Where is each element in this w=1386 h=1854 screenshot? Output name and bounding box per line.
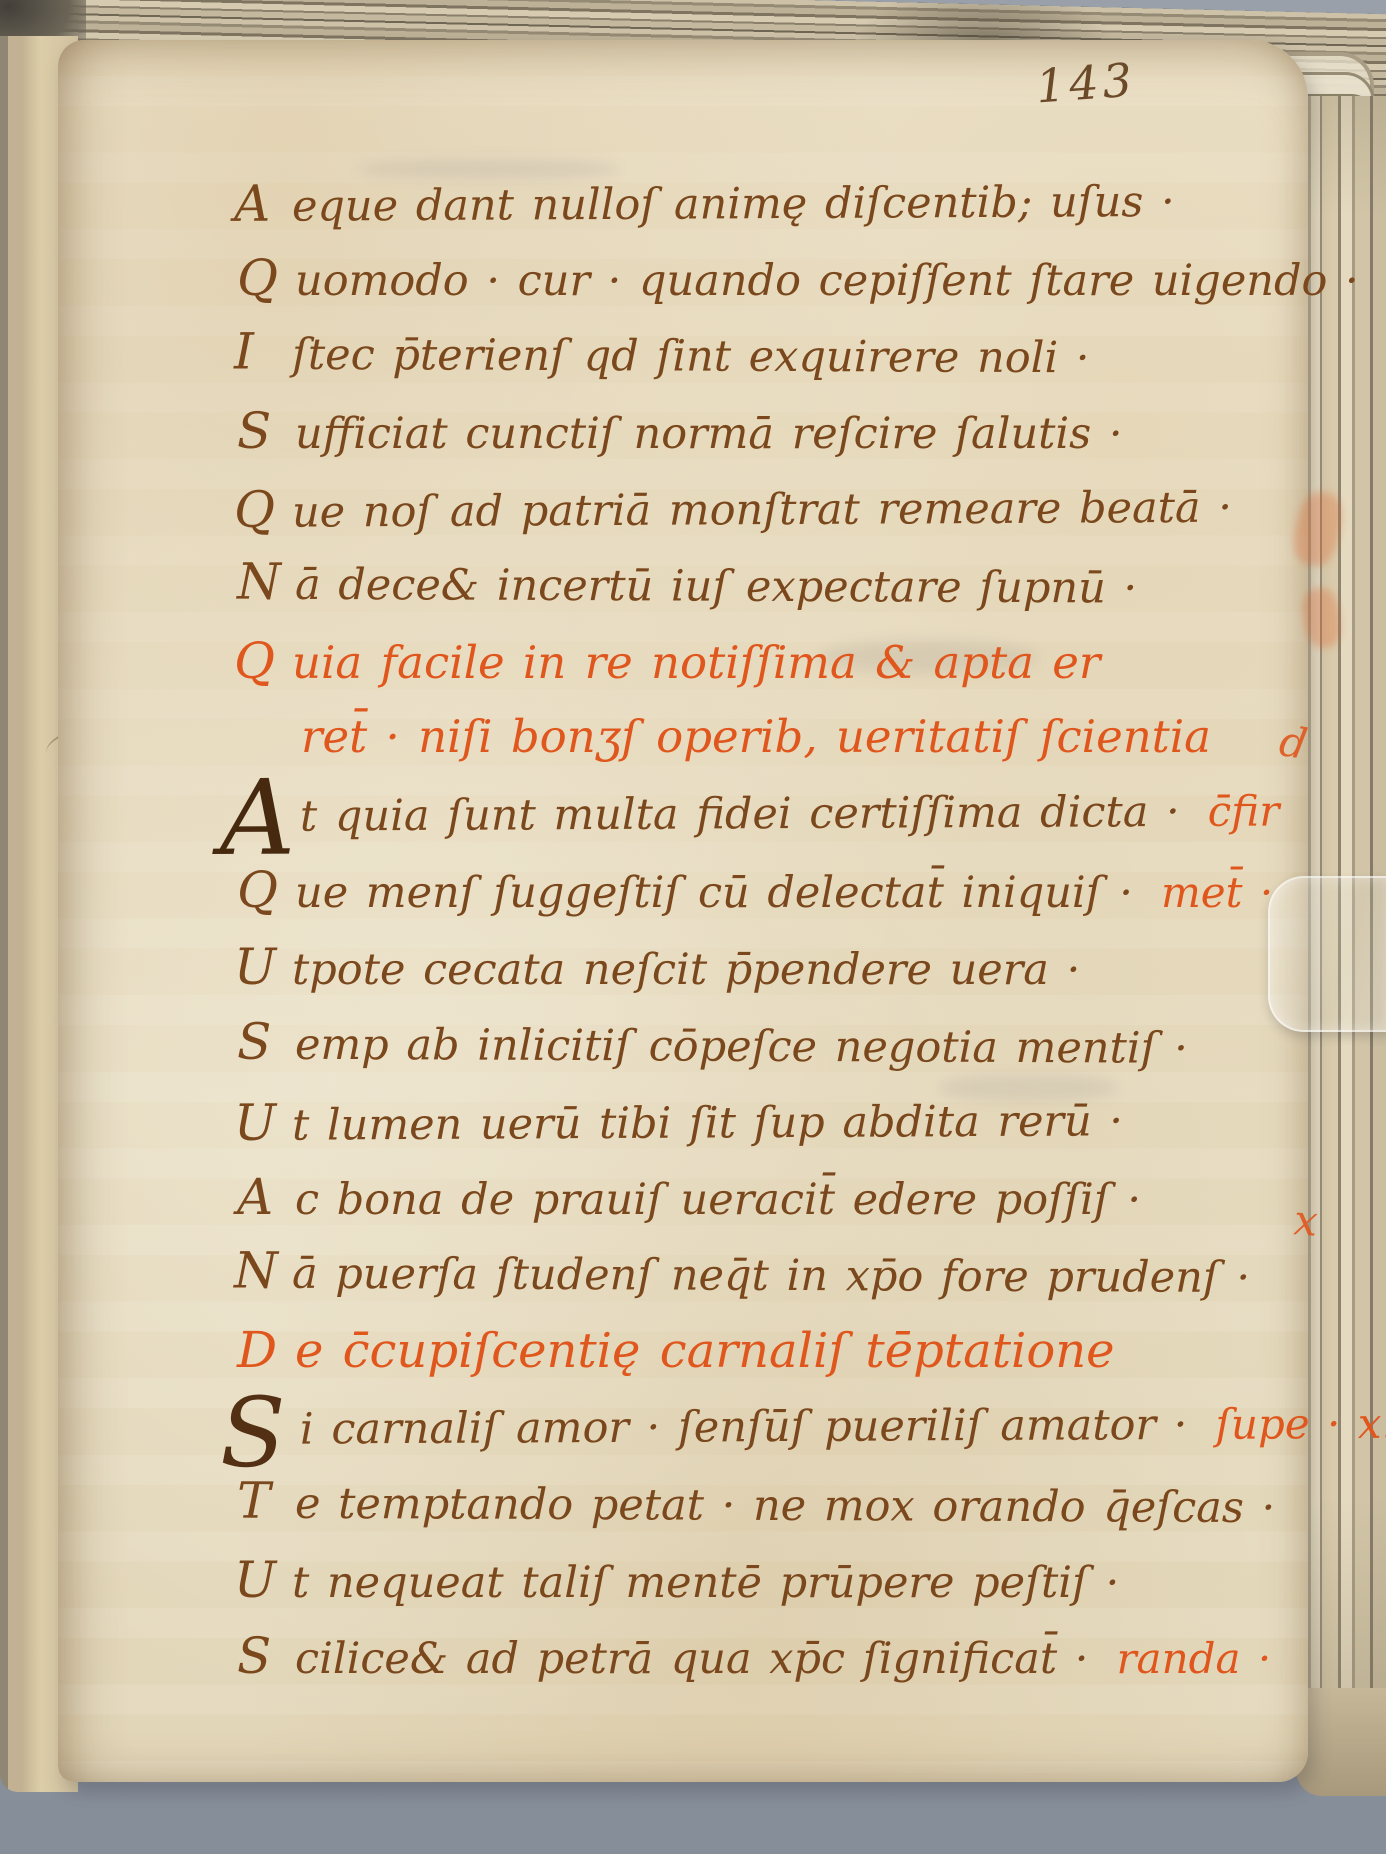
text-block: Aeque dant nulloſ animę diſcentib; uſus …	[234, 168, 1354, 1700]
verse-line: Ac bona de prauiſ ueracit̄ edere poſſiſ …	[237, 1164, 1354, 1241]
verse-initial: D	[237, 1317, 295, 1383]
verse-line: Aeque dant nulloſ animę diſcentib; uſus …	[234, 165, 1354, 247]
verse-text: uia facile in re notiſſima & apta er	[292, 636, 1100, 689]
verse-line: Nā dece& incertū iuſ expectare ſupnū ·	[237, 549, 1354, 630]
verse-text: ā puerſa ſtudenſ neq̄t in xp̄o fore prud…	[292, 1249, 1250, 1303]
verse-initial: U	[234, 934, 292, 1000]
verse-initial: I	[234, 319, 292, 385]
verse-text: ſtec p̄terienſ qd ſint exquirere noli ·	[292, 330, 1090, 383]
verse-initial: S	[237, 1623, 295, 1689]
verse-initial: N	[237, 549, 295, 615]
verse-initial: Q	[234, 477, 292, 543]
verse-text: cilice& ad petrā qua xp̄c ſignificat̄ ·	[295, 1634, 1088, 1684]
verse-initial: Q	[234, 628, 292, 694]
verse-line: Scilice& ad petrā qua xp̄c ſignificat̄ ·…	[237, 1623, 1354, 1700]
photo-background: 143 Aeque dant nulloſ animę diſcentib; u…	[0, 0, 1386, 1854]
verse-text: t quia ſunt multa fidei certiſſima dicta…	[300, 787, 1180, 842]
margin-note: c̄fir	[1208, 786, 1280, 835]
verse-initial: U	[234, 1090, 292, 1156]
verse-text: tpote cecata neſcit p̄pendere uera ·	[292, 945, 1080, 995]
verse-initial: S	[237, 398, 295, 464]
verse-text: t nequeat taliſ mentē prūpere peſtiſ ·	[292, 1558, 1119, 1608]
verse-text: ufficiat cunctiſ normā reſcire ſalutis ·	[295, 409, 1123, 459]
verse-line: ret̄ · niſi bonʒſ operib, ueritatiſ ſcie…	[237, 704, 1354, 781]
verse-initial: T	[237, 1468, 295, 1534]
verse-text: emp ab inlicitiſ cōpeſce negotia mentiſ …	[295, 1019, 1188, 1073]
verse-line: Que noſ ad patriā monſtrat remeare beatā…	[234, 471, 1354, 553]
verse-text: e temptando petat · ne mox orando q̄eſca…	[295, 1479, 1275, 1533]
verse-line: Iſtec p̄terienſ qd ſint exquirere noli ·	[234, 319, 1354, 400]
verse-initial: S	[220, 1384, 286, 1480]
verse-line: Ut nequeat taliſ mentē prūpere peſtiſ ·	[234, 1547, 1354, 1624]
verse-initial: N	[234, 1238, 292, 1304]
verse-line: Que menſ ſuggeſtiſ cū delectat̄ iniquiſ …	[237, 857, 1354, 934]
manuscript-page: 143 Aeque dant nulloſ animę diſcentib; u…	[58, 40, 1308, 1782]
verse-text: ā dece& incertū iuſ expectare ſupnū ·	[295, 560, 1137, 614]
verse-text: ret̄ · niſi bonʒſ operib, ueritatiſ ſcie…	[301, 710, 1211, 763]
verse-text: e c̄cupiſcentię carnaliſ tēptatione	[295, 1323, 1115, 1379]
folio-number: 143	[1034, 53, 1137, 114]
verse-initial: S	[237, 1008, 295, 1074]
verse-text: ue noſ ad patriā monſtrat remeare beatā …	[292, 483, 1232, 538]
tail-edge-pages	[1296, 1688, 1386, 1796]
verse-line: Quomodo · cur · quando cepiſſent ſtare u…	[237, 245, 1354, 322]
margin-note: met̄ ·	[1161, 868, 1273, 917]
verse-text: uomodo · cur · quando cepiſſent ſtare ui…	[295, 256, 1359, 306]
verse-initial: A	[237, 1164, 295, 1230]
verse-line: At quia ſunt multa fidei certiſſima dict…	[234, 778, 1354, 860]
verse-text: i carnaliſ amor · ſenſūſ pueriliſ amator…	[300, 1399, 1188, 1454]
verse-line: Si carnaliſ amor · ſenſūſ pueriliſ amato…	[234, 1391, 1354, 1473]
verse-initial: A	[220, 765, 296, 869]
verse-initial: A	[234, 171, 292, 237]
verse-text: eque dant nulloſ animę diſcentib; uſus ·	[292, 177, 1175, 232]
translucent-bookmark-tab	[1268, 876, 1386, 1032]
verse-text: t lumen uerū tibi ſit ſup abdita rerū ·	[292, 1096, 1123, 1150]
verse-initial: Q	[237, 857, 295, 923]
verse-initial: Q	[237, 245, 295, 311]
verse-line: Sufficiat cunctiſ normā reſcire ſalutis …	[237, 398, 1354, 475]
verse-line: Ut lumen uerū tibi ſit ſup abdita rerū ·	[234, 1084, 1354, 1166]
verse-line: Quia facile in re notiſſima & apta er	[234, 628, 1354, 705]
verse-line: Nā puerſa ſtudenſ neq̄t in xp̄o fore pru…	[234, 1238, 1354, 1319]
verse-line: Utpote cecata neſcit p̄pendere uera ·	[234, 934, 1354, 1011]
verse-text: c bona de prauiſ ueracit̄ edere poſſiſ ·	[295, 1175, 1141, 1225]
margin-note: ſupe · x.	[1215, 1398, 1386, 1448]
verse-line: Te temptando petat · ne mox orando q̄eſc…	[237, 1468, 1354, 1549]
verse-text: ue menſ ſuggeſtiſ cū delectat̄ iniquiſ ·	[295, 868, 1133, 918]
verse-line: Semp ab inlicitiſ cōpeſce negotia mentiſ…	[237, 1008, 1354, 1089]
verse-line: De c̄cupiſcentię carnaliſ tēptatione	[237, 1317, 1354, 1394]
verse-initial: U	[234, 1547, 292, 1613]
margin-note: randa ·	[1116, 1634, 1271, 1683]
